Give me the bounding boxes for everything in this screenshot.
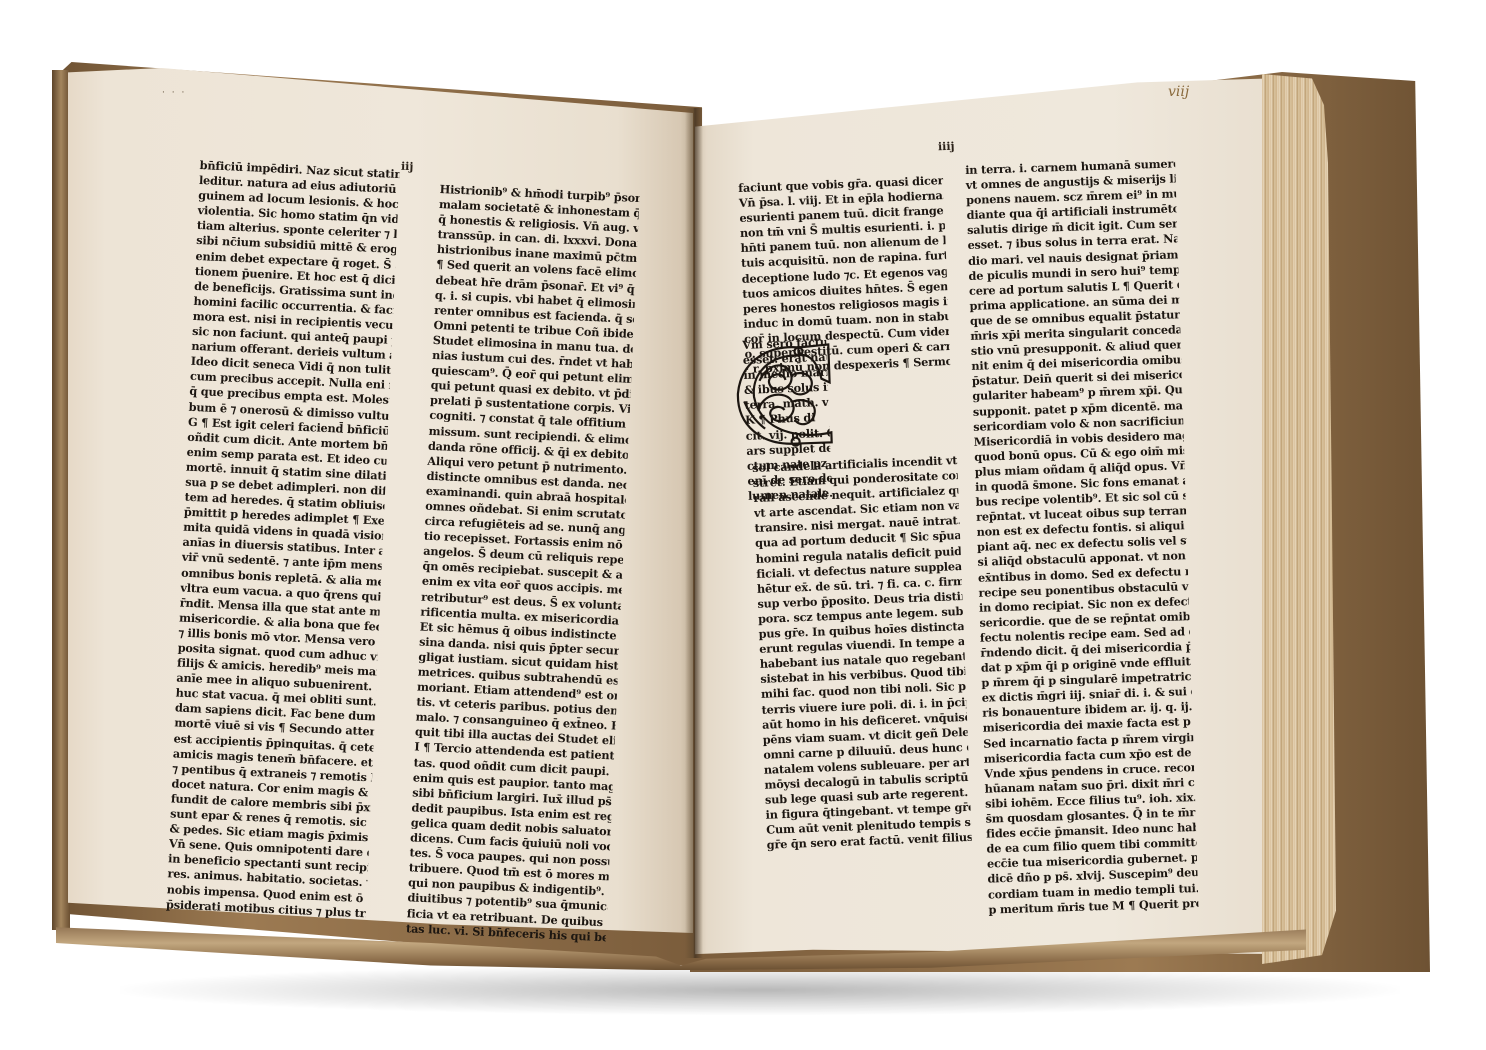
left-page-column-2: Histrionib⁹ & hm̄odi turpib⁹ p̄sonis. p̄… <box>406 182 640 945</box>
gutter-fold <box>685 108 703 958</box>
left-page-column-1: bn̄ficiū impēdiri. Naz sicut statim q̄n … <box>166 158 400 921</box>
left-folio-number: iij <box>401 160 414 174</box>
right-folio-number: iiij <box>938 140 955 154</box>
right-margin-note: viij <box>1168 84 1189 100</box>
left-text-block-edge <box>52 70 70 930</box>
right-page-column-1-bottom: sol candela artificialis incendit vt dom… <box>752 453 972 853</box>
left-margin-note: · · · <box>162 88 186 98</box>
right-page-column-2: in terra. i. carnem humanā sumere de v̄g… <box>965 156 1199 917</box>
open-book: · · · viij iij iiij bn̄ficiū impēdiri. N… <box>0 0 1486 1050</box>
